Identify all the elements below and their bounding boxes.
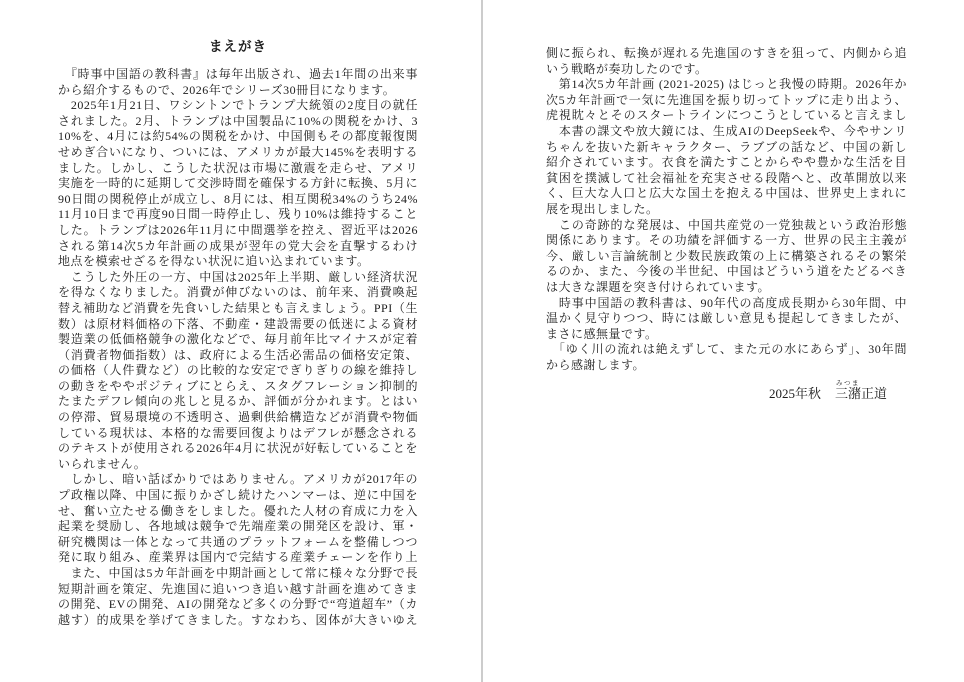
text-line: 2025年1月21日、ワシントンでトランプ大統領の2度目の就任式が挙行 [58, 98, 418, 114]
text-line: 側に振られ、転換が遅れる先進国のすきを狙って、内側から追い抜こう、と [546, 46, 907, 62]
text-line: している現状は、本格的な需要回復よりはデフレが懸念される状況です。こ [58, 426, 418, 442]
text-line: は大きな課題を突き付けられています。 [546, 280, 907, 296]
page-title: まえがき [58, 39, 418, 55]
text-line: されました。2月、トランプは中国製品に10%の関税をかけ、3月には追加 [58, 114, 418, 130]
text-line: 11月10日まで再度90日間一時停止し、残り10%は維持することに合意しま [58, 207, 418, 223]
text-line: 本書の課文や放大鏡には、生成AIのDeepSeekや、今やサンリオのキティ [546, 124, 907, 140]
text-line: 90日間の関税停止が成立し、8月には、相互関税34%のうち24%の適用を [58, 192, 418, 208]
paragraph: また、中国は5カ年計画を中期計画として常に様々な分野で長期、中期、短期計画を策定… [58, 566, 418, 628]
text-line: 関係にあります。その功績を評価する一方、世界の民主主義が危機を迎える [546, 233, 907, 249]
text-line: から感謝します。 [546, 358, 907, 374]
text-line: のテキストが使用される2026年4月に状況が好転していることを祈らずには [58, 441, 418, 457]
text-line: まさに感無量です。 [546, 327, 907, 343]
signature-name: 三潴みつま正道 [835, 386, 887, 401]
page-spread: まえがき 『時事中国語の教科書』は毎年出版され、過去1年間の出来事を様々な角度か… [0, 0, 964, 682]
text-line: るのか、また、今後の半世紀、中国はどういう道をたどるべきなのか、我々 [546, 264, 907, 280]
paragraph: この奇跡的な発展は、中国共産党の一党独裁という政治形態と不即不離の関係にあります… [546, 218, 907, 296]
text-line: プ政権以降、中国に振りかざし続けたハンマーは、逆に中国を鍛え、団結さ [58, 488, 418, 504]
text-line: せめぎ合いになり、ついには、アメリカが最大145%を表明するまでになり [58, 145, 418, 161]
left-page-text: 『時事中国語の教科書』は毎年出版され、過去1年間の出来事を様々な角度から紹介する… [58, 67, 418, 628]
text-line: 「ゆく川の流れは絶えずして、また元の水にあらず」、30年間のご愛顧に心 [546, 342, 907, 358]
text-line: 地点を模索せざるを得ない状況に追い込まれています。 [58, 254, 418, 270]
text-line: いう戦略が奏功したのです。 [546, 62, 907, 78]
text-line: から紹介するもので、2026年でシリーズ30冊目になります。 [58, 83, 418, 99]
text-line: 研究機関は一体となって共通のプラットフォームを整備しつつ先端技術の開 [58, 535, 418, 551]
text-line: （消費者物価指数）は、政府による生活必需品の価格安定策、食品やサービス [58, 348, 418, 364]
text-line: ちゃんを抜いた新キャラクター、ラブブの話など、中国の新しいシンボルが [546, 140, 907, 156]
text-line: 虎視眈々とそのスタートラインにつこうとしていると言えましょう。 [546, 108, 907, 124]
text-line: 発に取り組み、産業界は国内で完結する産業チェーンを作り上げました。 [58, 550, 418, 566]
signature-date: 2025年秋 [769, 386, 821, 401]
text-line: の価格（人件費など）の比較的な安定でぎりぎりの線を維持しています。こ [58, 363, 418, 379]
text-line: せ、奮い立たせる働きをしました。優れた人材の育成に力を入れ、全国民に [58, 504, 418, 520]
text-line: を得なくなりました。消費が伸びないのは、前年来、消費喚起のために買い [58, 285, 418, 301]
text-line: いられません。 [58, 457, 418, 473]
signature-name-ruby: 三潴みつま [835, 386, 861, 401]
text-line: 10%を、4月には約54%の関税をかけ、中国側もその都度報復関税をかける [58, 129, 418, 145]
paragraph: しかし、暗い話ばかりではありません。アメリカが2017年の第1次トランプ政権以降… [58, 472, 418, 566]
text-line: 次5カ年計画で一気に先進国を振り切ってトップに走り出よう、と中国は今、 [546, 93, 907, 109]
right-page-text: 側に振られ、転換が遅れる先進国のすきを狙って、内側から追い抜こう、という戦略が奏… [546, 46, 907, 373]
text-line: しかし、暗い話ばかりではありません。アメリカが2017年の第1次トラン [58, 472, 418, 488]
paragraph: 第14次5カ年計画 (2021-2025) はじっと我慢の時期。2026年からの… [546, 77, 907, 124]
text-line: この奇跡的な発展は、中国共産党の一党独裁という政治形態と不即不離の [546, 218, 907, 234]
text-line: ました。しかし、こうした状況は市場に激震を走らせ、アメリカは相互関税 [58, 161, 418, 177]
signature-name-base: 三潴 [835, 386, 861, 401]
paragraph: 時事中国語の教科書は、90年代の高度成長期から30年間、中国の成長を温かく見守り… [546, 296, 907, 343]
text-line: 実施を一時的に延期して交渉時間を確保する方針に転換、5月には米中間で [58, 176, 418, 192]
right-page: 側に振られ、転換が遅れる先進国のすきを狙って、内側から追い抜こう、という戦略が奏… [546, 46, 907, 402]
paragraph: 2025年1月21日、ワシントンでトランプ大統領の2度目の就任式が挙行されました… [58, 98, 418, 270]
text-line: 替え補助など消費を先食いした結果とも言えましょう。PPI（生産者物価指 [58, 301, 418, 317]
name-furigana: みつま [835, 380, 861, 387]
text-line: 貧困を撲滅して社会福祉を充実させる段階へと、改革開放以来ほぼ半世紀近 [546, 171, 907, 187]
signature-name-given: 正道 [861, 386, 887, 401]
text-line: 時事中国語の教科書は、90年代の高度成長期から30年間、中国の成長を [546, 296, 907, 312]
text-line: される第14次5カ年計画の成果が翌年の党大会を直撃するわけで、ともに着 [58, 239, 418, 255]
text-line: 第14次5カ年計画 (2021-2025) はじっと我慢の時期。2026年からの… [546, 77, 907, 93]
text-line: 起業を奨励し、各地域は競争で先端産業の開発区を設け、軍・企業・大学・ [58, 519, 418, 535]
paragraph: 「ゆく川の流れは絶えずして、また元の水にあらず」、30年間のご愛顧に心から感謝し… [546, 342, 907, 373]
text-line: 越す）的成果を挙げてきました。すなわち、図体が大きいゆえにカーブで外 [58, 613, 418, 629]
text-line: こうした外圧の一方、中国は2025年上半期、厳しい経済状況に直面せざる [58, 270, 418, 286]
text-line: たまたデフレ傾向の兆しと見るか、評価が分かれます。とはいえ、住宅市場 [58, 394, 418, 410]
text-line: 展を現出しました。 [546, 202, 907, 218]
text-line: 製造業の低価格競争の激化などで、毎月前年比マイナスが定着する一方、CPI [58, 332, 418, 348]
text-line: 今、厳しい言論統制と少数民族政策の上に構築されるその繁栄をどう評価す [546, 249, 907, 265]
text-line: の開発、EVの開発、AIの開発など多くの分野で“弯道超车”（カーブで追い [58, 597, 418, 613]
text-line: 短期計画を策定、先進国に追いつき追い越す計画を進めてきました。4G・5G [58, 582, 418, 598]
text-line: また、中国は5カ年計画を中期計画として常に様々な分野で長期、中期、 [58, 566, 418, 582]
text-line: く、巨大な人口と広大な国土を抱える中国は、世界史上まれに見る高速の発 [546, 186, 907, 202]
text-line: 『時事中国語の教科書』は毎年出版され、過去1年間の出来事を様々な角度 [58, 67, 418, 83]
paragraph: こうした外圧の一方、中国は2025年上半期、厳しい経済状況に直面せざるを得なくな… [58, 270, 418, 473]
paragraph: 『時事中国語の教科書』は毎年出版され、過去1年間の出来事を様々な角度から紹介する… [58, 67, 418, 98]
text-line: の停滞、貿易環境の不透明さ、過剰供給構造などが消費や物価の回復を阻害 [58, 410, 418, 426]
left-page: まえがき 『時事中国語の教科書』は毎年出版され、過去1年間の出来事を様々な角度か… [58, 39, 418, 628]
text-line: 紹介されています。衣食を満たすことからやや豊かな生活を目指し、さらに [546, 155, 907, 171]
signature: 2025年秋三潴みつま正道 [546, 380, 907, 402]
paragraph: 本書の課文や放大鏡には、生成AIのDeepSeekや、今やサンリオのキティちゃん… [546, 124, 907, 218]
text-line: 数）は原材料価格の下落、不動産・建設需要の低迷による資材需要減、国内 [58, 317, 418, 333]
text-line: した。トランプは2026年11月に中間選挙を控え、習近平は2026年春に発表 [58, 223, 418, 239]
text-line: 温かく見守りつつ、時には厳しい意見も提起してきましたが、その変遷には [546, 311, 907, 327]
paragraph: 側に振られ、転換が遅れる先進国のすきを狙って、内側から追い抜こう、という戦略が奏… [546, 46, 907, 77]
text-line: の動きをややポジティブにとらえ、スタグフレーション抑制的と見るか、は [58, 379, 418, 395]
page-divider [481, 0, 483, 682]
